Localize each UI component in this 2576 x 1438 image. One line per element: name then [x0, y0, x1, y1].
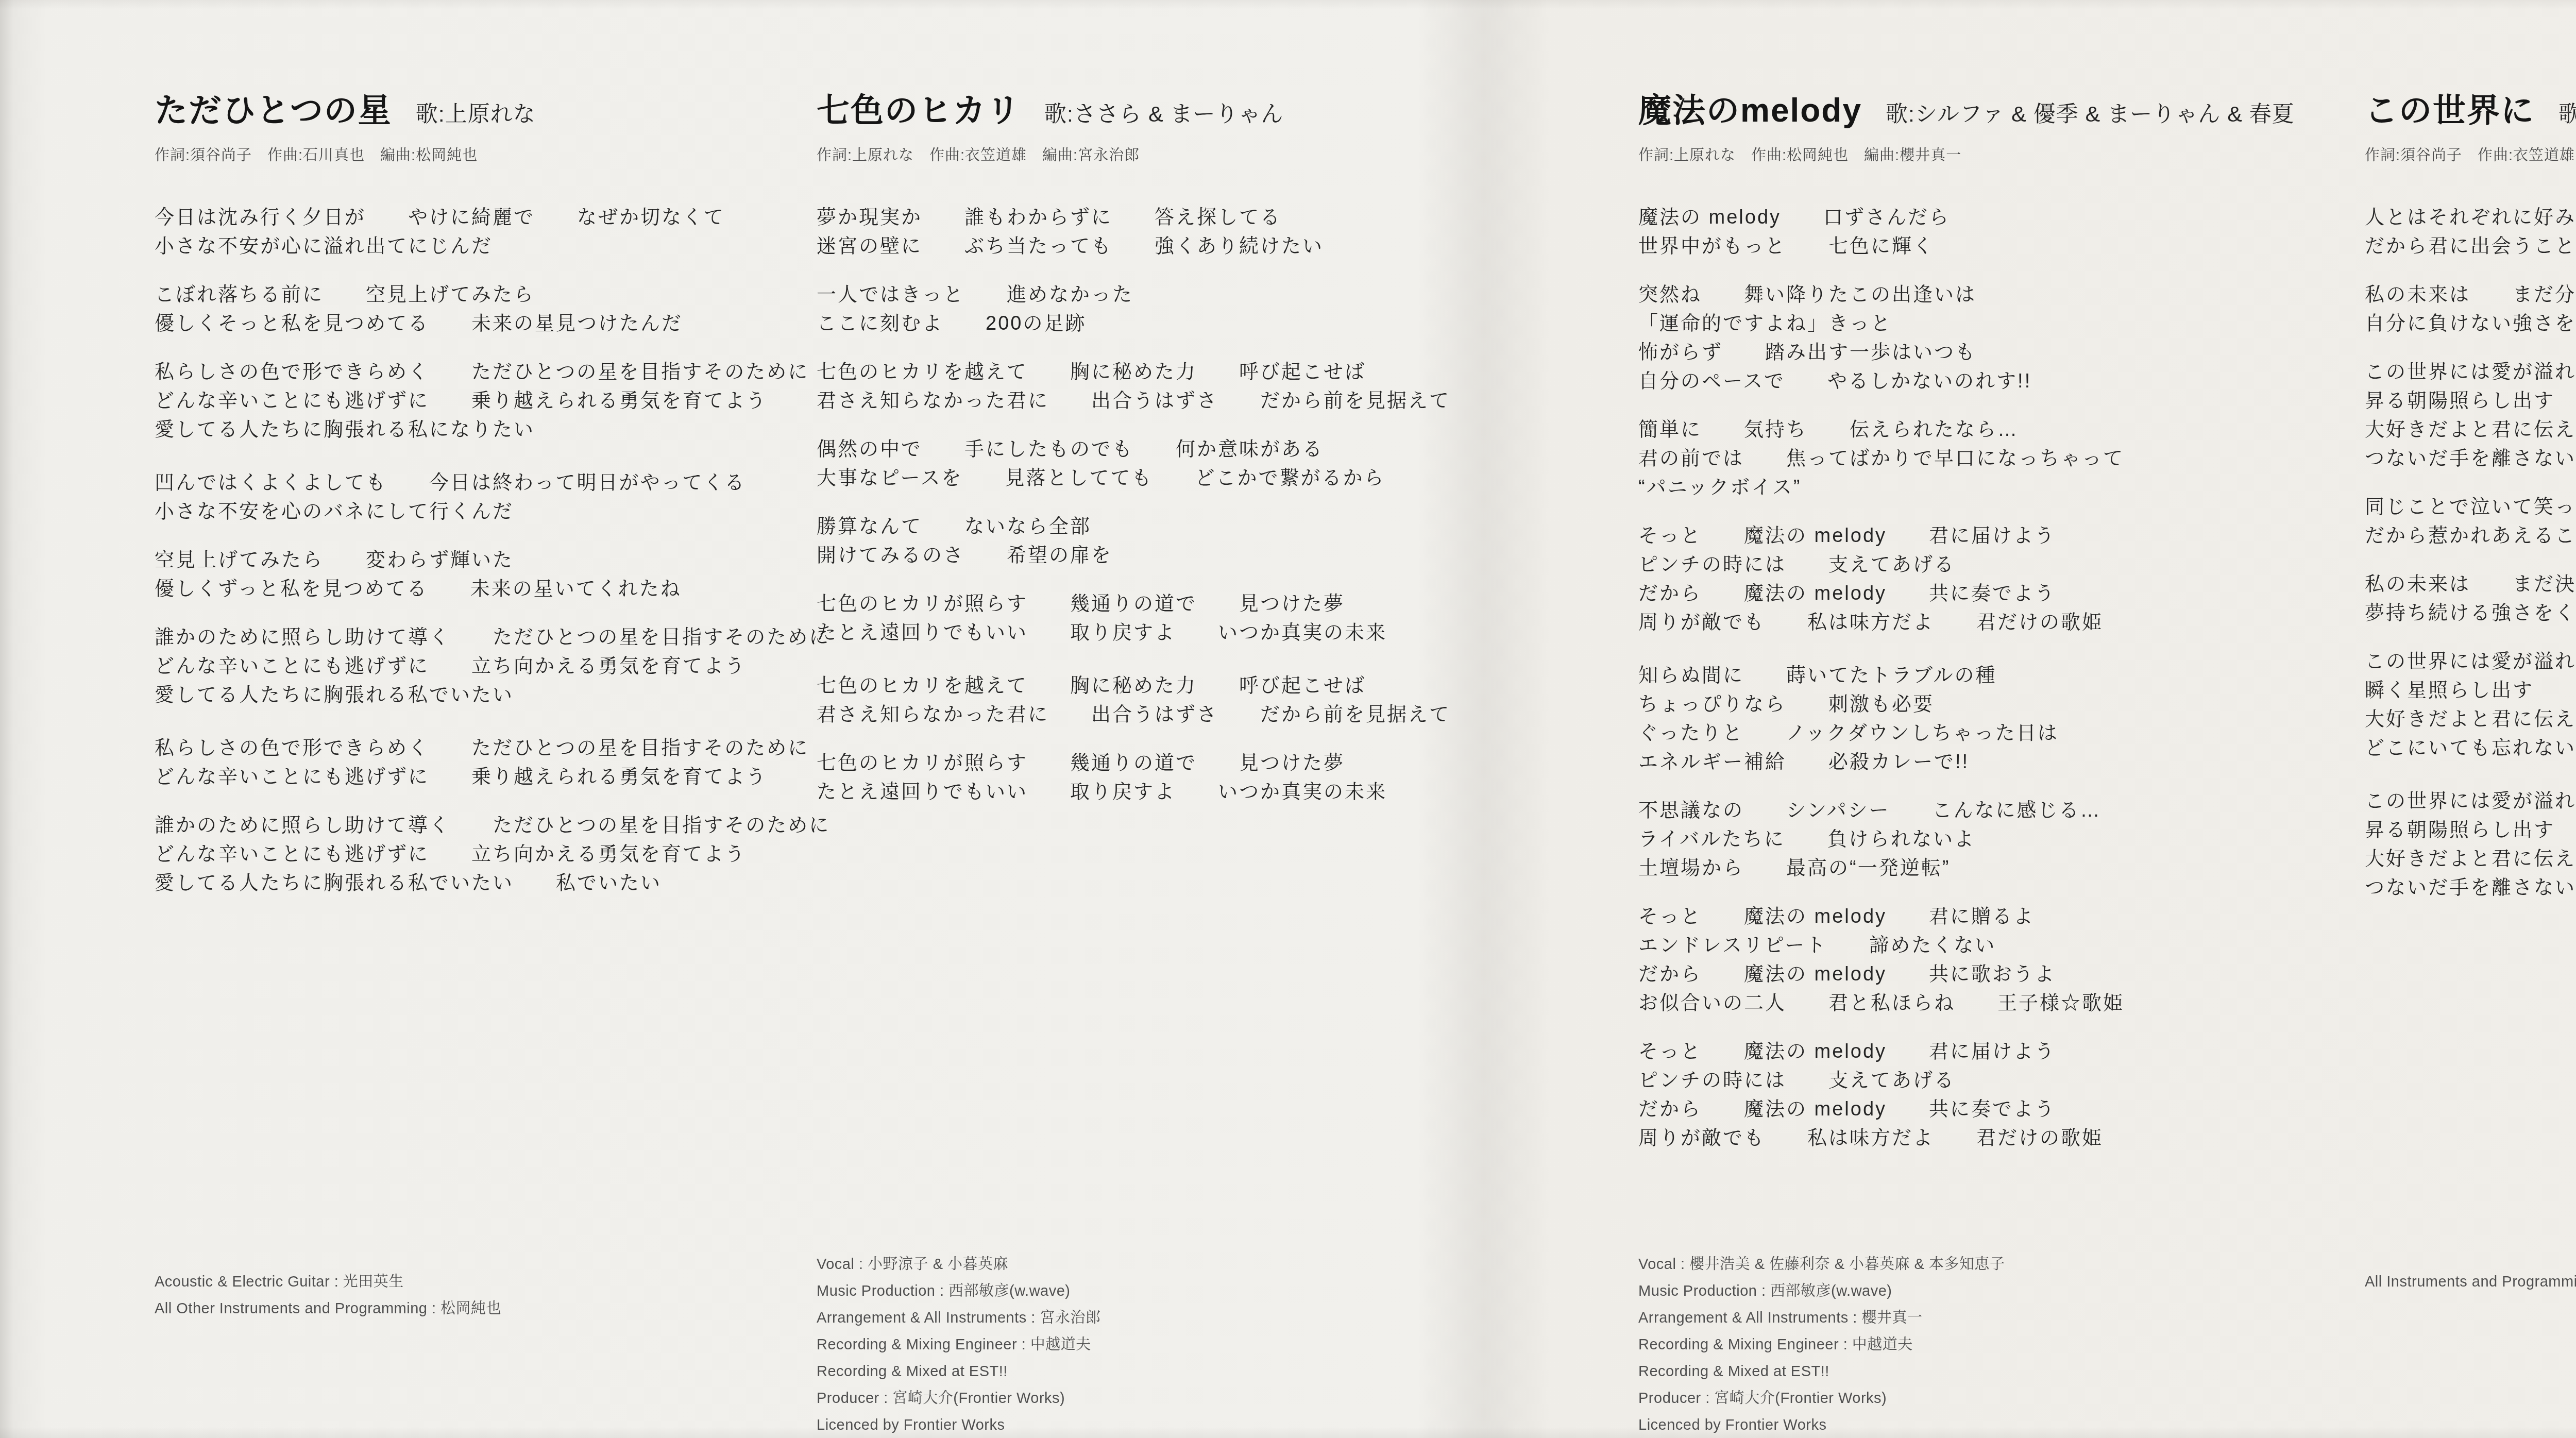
staff-credit-line: Licenced by Frontier Works [1638, 1412, 2005, 1438]
lyrics-verse: 七色のヒカリを越えて 胸に秘めた力 呼び起こせば君さえ知らなかった君に 出合うは… [817, 671, 1486, 729]
staff-credit-line: Music Production : 西部敏彦(w.wave) [1638, 1278, 2005, 1305]
song-title: 魔法のmelody [1638, 94, 1862, 127]
staff-credit-line: All Other Instruments and Programming : … [155, 1295, 501, 1322]
lyrics-verse: そっと 魔法の melody 君に贈るよエンドレスリピート 諦めたくないだから … [1638, 902, 2365, 1018]
lyric-line: そっと 魔法の melody 君に届けよう [1638, 1037, 2365, 1066]
lyric-line: ライバルたちに 負けられないよ [1638, 825, 2365, 854]
lyrics-verse: そっと 魔法の melody 君に届けようピンチの時には 支えてあげるだから 魔… [1638, 521, 2365, 637]
lyric-line: 周りが敵でも 私は味方だよ 君だけの歌姫 [1638, 608, 2365, 637]
lyrics-verse: この世界には愛が溢れている瞬く星照らし出す 君と私を大好きだよと君に伝えにゆくど… [2365, 647, 2576, 763]
lyric-line: 私らしさの色で形できらめく ただひとつの星を目指すそのために [155, 734, 819, 763]
lyrics-verse: 凹んではくよくよしても 今日は終わって明日がやってくる小さな不安を心のバネにして… [155, 468, 819, 526]
lyric-line: 小さな不安が心に溢れ出てにじんだ [155, 232, 819, 261]
lyrics-verse: 私の未来は まだ決まらないと夢持ち続ける強さをくれたね [2365, 570, 2576, 628]
staff-credit-line: Producer : 宮崎大介(Frontier Works) [817, 1385, 1100, 1412]
staff-credit-line: Vocal : 櫻井浩美 & 佐藤利奈 & 小暮英麻 & 本多知恵子 [1638, 1251, 2005, 1278]
lyric-line: 簡単に 気持ち 伝えられたなら… [1638, 415, 2365, 444]
lyric-line: 七色のヒカリが照らす 幾通りの道で 見つけた夢 [817, 589, 1486, 618]
lyrics-verse: 突然ね 舞い降りたこの出逢いは「運命的ですよね」きっと怖がらず 踏み出す一歩はい… [1638, 280, 2365, 396]
lyric-line: 七色のヒカリを越えて 胸に秘めた力 呼び起こせば [817, 671, 1486, 700]
lyric-line: 迷宮の壁に ぶち当たっても 強くあり続けたい [817, 232, 1486, 261]
lyric-line: 誰かのために照らし助けて導く ただひとつの星を目指すそのために [155, 811, 819, 840]
lyric-line: 偶然の中で 手にしたものでも 何か意味がある [817, 435, 1486, 464]
lyrics-verse: 知らぬ間に 蒔いてたトラブルの種ちょっぴりなら 刺激も必要ぐったりと ノックダウ… [1638, 661, 2365, 776]
lyric-line: 君さえ知らなかった君に 出合うはずさ だから前を見据えて [817, 700, 1486, 729]
lyric-line: そっと 魔法の melody 君に届けよう [1638, 521, 2365, 550]
song-lyrics: 夢か現実か 誰もわからずに 答え探してる迷宮の壁に ぶち当たっても 強くあり続け… [817, 203, 1486, 806]
song-staff-credits: Acoustic & Electric Guitar : 光田英生All Oth… [155, 1268, 501, 1322]
lyrics-verse: 偶然の中で 手にしたものでも 何か意味がある大事なピースを 見落としてても どこ… [817, 435, 1486, 493]
song-staff-credits: Vocal : 小野涼子 & 小暮英麻Music Production : 西部… [817, 1251, 1100, 1438]
lyric-line: 勝算なんて ないなら全部 [817, 512, 1486, 541]
staff-credit-line: Recording & Mixing Engineer : 中越道夫 [817, 1331, 1100, 1358]
lyric-line: ぐったりと ノックダウンしちゃった日は [1638, 719, 2365, 748]
lyrics-verse: 一人ではきっと 進めなかったここに刻むよ 200の足跡 [817, 280, 1486, 338]
lyrics-verse: 魔法の melody 口ずさんだら世界中がもっと 七色に輝く [1638, 203, 2365, 261]
lyric-line: エンドレスリピート 諦めたくない [1638, 931, 2365, 960]
lyric-line: 同じことで泣いて笑ったりして [2365, 493, 2576, 521]
staff-credit-line: Music Production : 西部敏彦(w.wave) [817, 1278, 1100, 1305]
lyric-line: この世界には愛が溢れている [2365, 787, 2576, 816]
lyrics-verse: 誰かのために照らし助けて導く ただひとつの星を目指すそのためにどんな辛いことにも… [155, 811, 819, 898]
lyrics-verse: 七色のヒカリが照らす 幾通りの道で 見つけた夢たとえ遠回りでもいい 取り戻すよ … [817, 589, 1486, 647]
lyric-line: 人とはそれぞれに好みも違う [2365, 203, 2576, 232]
song-writers-credit: 作詞:上原れな 作曲:松岡純也 編曲:櫻井真一 [1638, 144, 2365, 165]
lyric-line: 世界中がもっと 七色に輝く [1638, 232, 2365, 261]
lyric-line: “パニックボイス” [1638, 473, 2365, 502]
song-title: この世界に [2365, 94, 2535, 127]
song-vocal-label: 歌:ささら & まーりゃん [1044, 97, 1284, 128]
lyric-line: ちょっぴりなら 刺激も必要 [1638, 690, 2365, 719]
lyric-line: 大事なピースを 見落としてても どこかで繋がるから [817, 464, 1486, 493]
lyric-line: 昇る朝陽照らし出す 君と私を [2365, 816, 2576, 844]
lyric-line: つないだ手を離さない 心から約束するから [2365, 873, 2576, 902]
song-staff-credits: All Instruments and Programming : 衣笠道雄 [2365, 1268, 2576, 1295]
lyric-line: 自分に負けない強さをくれたね [2365, 309, 2576, 338]
lyric-line: そっと 魔法の melody 君に贈るよ [1638, 902, 2365, 931]
lyric-line: 一人ではきっと 進めなかった [817, 280, 1486, 309]
lyric-line: だから 魔法の melody 共に奏でよう [1638, 579, 2365, 608]
lyric-line: たとえ遠回りでもいい 取り戻すよ いつか真実の未来 [817, 777, 1486, 806]
staff-credit-line: All Instruments and Programming : 衣笠道雄 [2365, 1268, 2576, 1295]
staff-credit-line: Recording & Mixed at EST!! [817, 1358, 1100, 1385]
lyric-line: 君の前では 焦ってばかりで早口になっちゃって [1638, 444, 2365, 473]
lyric-line: 土壇場から 最高の“一発逆転” [1638, 854, 2365, 883]
lyric-line: どんな辛いことにも逃げずに 乗り越えられる勇気を育てよう [155, 763, 819, 791]
lyric-line: 魔法の melody 口ずさんだら [1638, 203, 2365, 232]
lyrics-verse: 夢か現実か 誰もわからずに 答え探してる迷宮の壁に ぶち当たっても 強くあり続け… [817, 203, 1486, 261]
song-column: ただひとつの星 歌:上原れな 作詞:須谷尚子 作曲:石川真也 編曲:松岡純也 今… [155, 0, 819, 1438]
lyric-line: 小さな不安を心のバネにして行くんだ [155, 497, 819, 526]
lyric-line: どんな辛いことにも逃げずに 立ち向かえる勇気を育てよう [155, 840, 819, 869]
lyric-line: 愛してる人たちに胸張れる私でいたい [155, 681, 819, 709]
song-column: 七色のヒカリ 歌:ささら & まーりゃん 作詞:上原れな 作曲:衣笠道雄 編曲:… [817, 0, 1486, 1438]
lyric-line: 君さえ知らなかった君に 出合うはずさ だから前を見据えて [817, 386, 1486, 415]
lyrics-verse: この世界には愛が溢れている昇る朝陽照らし出す 君と私を大好きだよと君に伝えにゆく… [2365, 358, 2576, 473]
lyric-line: 自分のペースで やるしかないのれす!! [1638, 367, 2365, 396]
staff-credit-line: Arrangement & All Instruments : 櫻井真一 [1638, 1305, 2005, 1331]
lyrics-verse: 同じことで泣いて笑ったりしてだから惹かれあえることできたんだ [2365, 493, 2576, 550]
song-lyrics: 人とはそれぞれに好みも違うだから君に出会うことできたんだ私の未来は まだ分からな… [2365, 203, 2576, 902]
song-lyrics: 今日は沈み行く夕日が やけに綺麗で なぜか切なくて小さな不安が心に溢れ出てにじん… [155, 203, 819, 898]
lyric-line: 七色のヒカリを越えて 胸に秘めた力 呼び起こせば [817, 358, 1486, 386]
lyric-line: だから 魔法の melody 共に歌おうよ [1638, 960, 2365, 989]
lyrics-verse: 勝算なんて ないなら全部開けてみるのさ 希望の扉を [817, 512, 1486, 570]
lyric-line: ここに刻むよ 200の足跡 [817, 309, 1486, 338]
lyric-line: どんな辛いことにも逃げずに 立ち向かえる勇気を育てよう [155, 652, 819, 681]
lyrics-verse: 簡単に 気持ち 伝えられたなら…君の前では 焦ってばかりで早口になっちゃって“パ… [1638, 415, 2365, 502]
lyric-line: 私の未来は まだ決まらないと [2365, 570, 2576, 599]
lyric-line: エネルギー補給 必殺カレーで!! [1638, 748, 2365, 776]
lyrics-verse: 不思議なの シンパシー こんなに感じる…ライバルたちに 負けられないよ土壇場から… [1638, 796, 2365, 883]
lyric-line: だから君に出会うことできたんだ [2365, 232, 2576, 261]
song-header: 七色のヒカリ 歌:ささら & まーりゃん [817, 94, 1486, 128]
lyric-line: 七色のヒカリが照らす 幾通りの道で 見つけた夢 [817, 749, 1486, 777]
staff-credit-line: Licenced by Frontier Works [817, 1412, 1100, 1438]
lyrics-verse: 七色のヒカリが照らす 幾通りの道で 見つけた夢たとえ遠回りでもいい 取り戻すよ … [817, 749, 1486, 806]
lyric-line: 誰かのために照らし助けて導く ただひとつの星を目指すそのために [155, 623, 819, 652]
lyric-line: だから 魔法の melody 共に奏でよう [1638, 1095, 2365, 1124]
lyric-line: ピンチの時には 支えてあげる [1638, 1066, 2365, 1095]
song-lyrics: 魔法の melody 口ずさんだら世界中がもっと 七色に輝く突然ね 舞い降りたこ… [1638, 203, 2365, 1153]
lyrics-verse: この世界には愛が溢れている昇る朝陽照らし出す 君と私を大好きだよと君に伝えにゆく… [2365, 787, 2576, 902]
song-writers-credit: 作詞:須谷尚子 作曲:石川真也 編曲:松岡純也 [155, 144, 819, 165]
lyric-line: 私らしさの色で形できらめく ただひとつの星を目指すそのために [155, 358, 819, 386]
lyric-line: 「運命的ですよね」きっと [1638, 309, 2365, 338]
lyric-line: だから惹かれあえることできたんだ [2365, 521, 2576, 550]
lyrics-verse: 今日は沈み行く夕日が やけに綺麗で なぜか切なくて小さな不安が心に溢れ出てにじん… [155, 203, 819, 261]
lyric-line: 私の未来は まだ分からないと [2365, 280, 2576, 309]
song-vocal-label: 歌:シルファ & 優季 & まーりゃん & 春夏 [1886, 97, 2295, 128]
lyric-line: 大好きだよと君に伝えにゆく [2365, 844, 2576, 873]
song-vocal-label: 歌:津田朱里 [2558, 97, 2576, 128]
lyric-line: 開けてみるのさ 希望の扉を [817, 541, 1486, 570]
booklet-spread: ただひとつの星 歌:上原れな 作詞:須谷尚子 作曲:石川真也 編曲:松岡純也 今… [0, 0, 2576, 1438]
lyrics-verse: 七色のヒカリを越えて 胸に秘めた力 呼び起こせば君さえ知らなかった君に 出合うは… [817, 358, 1486, 415]
song-title: ただひとつの星 [155, 94, 392, 127]
lyrics-verse: 人とはそれぞれに好みも違うだから君に出会うことできたんだ [2365, 203, 2576, 261]
lyrics-verse: 誰かのために照らし助けて導く ただひとつの星を目指すそのためにどんな辛いことにも… [155, 623, 819, 709]
lyric-line: どんな辛いことにも逃げずに 乗り越えられる勇気を育てよう [155, 386, 819, 415]
staff-credit-line: Recording & Mixed at EST!! [1638, 1358, 2005, 1385]
song-title: 七色のヒカリ [817, 94, 1021, 127]
lyric-line: 突然ね 舞い降りたこの出逢いは [1638, 280, 2365, 309]
lyric-line: 大好きだよと君に伝えにゆく [2365, 705, 2576, 734]
lyric-line: どこにいても忘れない 心から約束するから [2365, 734, 2576, 763]
lyric-line: 怖がらず 踏み出す一歩はいつも [1638, 338, 2365, 367]
song-vocal-label: 歌:上原れな [416, 97, 536, 128]
lyric-line: この世界には愛が溢れている [2365, 647, 2576, 676]
lyric-line: 今日は沈み行く夕日が やけに綺麗で なぜか切なくて [155, 203, 819, 232]
lyric-line: ピンチの時には 支えてあげる [1638, 550, 2365, 579]
lyric-line: 空見上げてみたら 変わらず輝いた [155, 546, 819, 574]
lyric-line: 夢持ち続ける強さをくれたね [2365, 599, 2576, 628]
song-column: この世界に 歌:津田朱里 作詞:須谷尚子 作曲:衣笠道雄 編曲:衣笠道雄 人とは… [2365, 0, 2576, 1438]
staff-credit-line: Recording & Mixing Engineer : 中越道夫 [1638, 1331, 2005, 1358]
lyric-line: 優しくそっと私を見つめてる 未来の星見つけたんだ [155, 309, 819, 338]
lyric-line: こぼれ落ちる前に 空見上げてみたら [155, 280, 819, 309]
lyric-line: つないだ手を離さない 心から約束するから [2365, 444, 2576, 473]
lyric-line: 愛してる人たちに胸張れる私でいたい 私でいたい [155, 869, 819, 898]
song-writers-credit: 作詞:須谷尚子 作曲:衣笠道雄 編曲:衣笠道雄 [2365, 144, 2576, 165]
lyric-line: 大好きだよと君に伝えにゆく [2365, 415, 2576, 444]
lyrics-verse: 空見上げてみたら 変わらず輝いた優しくずっと私を見つめてる 未来の星いてくれたね [155, 546, 819, 603]
song-writers-credit: 作詞:上原れな 作曲:衣笠道雄 編曲:宮永治郎 [817, 144, 1486, 165]
lyric-line: 愛してる人たちに胸張れる私になりたい [155, 415, 819, 444]
lyric-line: 瞬く星照らし出す 君と私を [2365, 676, 2576, 705]
lyrics-verse: 私らしさの色で形できらめく ただひとつの星を目指すそのためにどんな辛いことにも逃… [155, 358, 819, 444]
staff-credit-line: Arrangement & All Instruments : 宮永治郎 [817, 1305, 1100, 1331]
lyric-line: 昇る朝陽照らし出す 君と私を [2365, 386, 2576, 415]
song-column: 魔法のmelody 歌:シルファ & 優季 & まーりゃん & 春夏 作詞:上原… [1638, 0, 2365, 1438]
lyrics-verse: 私らしさの色で形できらめく ただひとつの星を目指すそのためにどんな辛いことにも逃… [155, 734, 819, 791]
staff-credit-line: Producer : 宮崎大介(Frontier Works) [1638, 1385, 2005, 1412]
lyric-line: お似合いの二人 君と私ほらね 王子様☆歌姫 [1638, 989, 2365, 1018]
lyric-line: たとえ遠回りでもいい 取り戻すよ いつか真実の未来 [817, 618, 1486, 647]
lyric-line: 優しくずっと私を見つめてる 未来の星いてくれたね [155, 574, 819, 603]
lyric-line: 知らぬ間に 蒔いてたトラブルの種 [1638, 661, 2365, 690]
lyric-line: この世界には愛が溢れている [2365, 358, 2576, 386]
lyrics-verse: 私の未来は まだ分からないと自分に負けない強さをくれたね [2365, 280, 2576, 338]
lyric-line: 周りが敵でも 私は味方だよ 君だけの歌姫 [1638, 1124, 2365, 1153]
lyric-line: 不思議なの シンパシー こんなに感じる… [1638, 796, 2365, 825]
song-staff-credits: Vocal : 櫻井浩美 & 佐藤利奈 & 小暮英麻 & 本多知恵子Music … [1638, 1251, 2005, 1438]
lyrics-verse: こぼれ落ちる前に 空見上げてみたら優しくそっと私を見つめてる 未来の星見つけたん… [155, 280, 819, 338]
staff-credit-line: Acoustic & Electric Guitar : 光田英生 [155, 1268, 501, 1295]
lyrics-verse: そっと 魔法の melody 君に届けようピンチの時には 支えてあげるだから 魔… [1638, 1037, 2365, 1153]
staff-credit-line: Vocal : 小野涼子 & 小暮英麻 [817, 1251, 1100, 1278]
song-header: この世界に 歌:津田朱里 [2365, 94, 2576, 128]
lyric-line: 凹んではくよくよしても 今日は終わって明日がやってくる [155, 468, 819, 497]
lyric-line: 夢か現実か 誰もわからずに 答え探してる [817, 203, 1486, 232]
song-header: 魔法のmelody 歌:シルファ & 優季 & まーりゃん & 春夏 [1638, 94, 2365, 128]
song-header: ただひとつの星 歌:上原れな [155, 94, 819, 128]
